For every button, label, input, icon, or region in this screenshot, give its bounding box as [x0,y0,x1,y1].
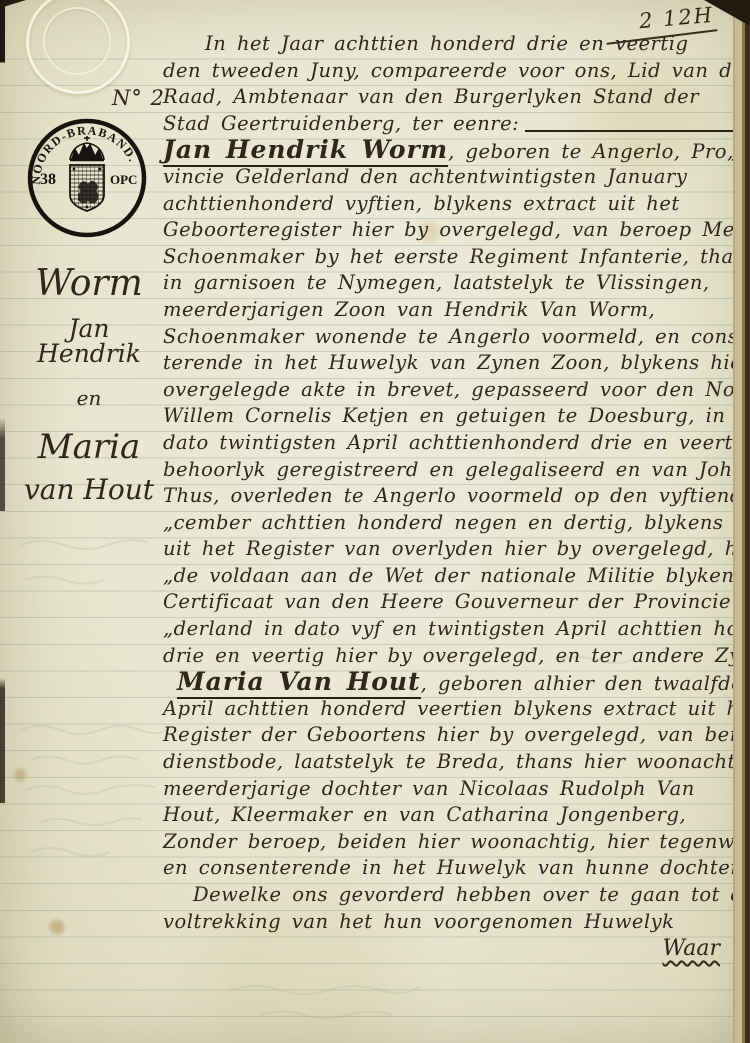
manuscript-line: meerderjarigen Zoon van Hendrik Van Worm… [163,297,742,324]
line-text: uit het Register van overlyden hier by o… [163,537,750,560]
act-number: N° 2 [112,86,165,110]
manuscript-line: Schoenmaker by het eerste Regiment Infan… [163,244,742,271]
manuscript-line: Register der Geboortens hier by overgele… [163,722,742,749]
margin-name: van Hout [14,476,164,504]
stamp-crown [70,136,104,160]
manuscript-line: Stad Geertruidenberg, ter eenre: [163,111,742,138]
line-text: voltrekking van het hun voorgenomen Huwe… [163,910,675,933]
line-text: „cember achttien honderd negen en dertig… [163,511,750,534]
embossed-seal [26,0,130,94]
line-text: Willem Cornelis Ketjen en getuigen te Do… [163,404,725,427]
page-corner-top-left [0,0,26,8]
manuscript-line: Thus, overleden te Angerlo voormeld op d… [163,483,742,510]
manuscript-line: Willem Cornelis Ketjen en getuigen te Do… [163,403,742,430]
line-text: Hout, Kleermaker en van Catharina Jongen… [163,803,686,826]
line-text: April achttien honderd veertien blykens … [163,697,750,720]
line-text: Register der Geboortens hier by overgele… [163,723,750,746]
manuscript-line: April achttien honderd veertien blykens … [163,696,742,723]
line-text: , geboren alhier den twaalfden [421,672,750,695]
line-text: drie en veertig hier by overgelegd, en t… [163,644,750,667]
line-text: Geboorteregister hier by overgelegd, van… [163,218,750,241]
manuscript-line: „cember achttien honderd negen en dertig… [163,510,742,537]
line-text: Schoenmaker wonende te Angerlo voormeld,… [163,325,750,348]
line-text: en consenterende in het Huwelyk van hunn… [163,856,745,879]
manuscript-line: Schoenmaker wonende te Angerlo voormeld,… [163,324,742,351]
manuscript-line: Maria Van Hout, geboren alhier den twaal… [163,669,742,696]
party-name: Jan Hendrik Worm [163,135,448,167]
line-text: Dewelke ons gevorderd hebben over te gaa… [193,883,750,906]
line-text: „derland in dato vyf en twintigsten Apri… [163,617,750,640]
line-text: vincie Gelderland den achtentwintigsten … [163,165,687,188]
line-text: overgelegde akte in brevet, gepasseerd v… [163,378,750,401]
manuscript-line: terende in het Huwelyk van Zynen Zoon, b… [163,350,742,377]
margin-name: en [14,388,164,408]
manuscript-line: en consenterende in het Huwelyk van hunn… [163,855,742,882]
line-text: Stad Geertruidenberg, ter eenre: [163,111,519,138]
manuscript-line: Dewelke ons gevorderd hebben over te gaa… [163,882,742,909]
line-text: , geboren te Angerlo, Pro„ [448,140,737,163]
manuscript-line: Certificaat van den Heere Gouverneur der… [163,589,742,616]
manuscript-line: meerderjarige dochter van Nicolaas Rudol… [163,776,742,803]
manuscript-line: dato twintigsten April achttienhonderd d… [163,430,742,457]
corner-annotation: 2 12H [638,3,715,33]
margin-name: Jan Hendrik [14,316,164,366]
manuscript-line: voltrekking van het hun voorgenomen Huwe… [163,909,742,936]
manuscript-line: Zonder beroep, beiden hier woonachtig, h… [163,829,742,856]
stamp-left-value: 38 [40,171,56,188]
manuscript-line: uit het Register van overlyden hier by o… [163,536,742,563]
manuscript-line: Raad, Ambtenaar van den Burgerlyken Stan… [163,84,742,111]
catchword: Waar [663,936,720,961]
page-edge-right [733,0,750,1043]
line-text: „de voldaan aan de Wet der nationale Mil… [163,564,745,587]
manuscript-line: Jan Hendrik Worm, geboren te Angerlo, Pr… [163,137,742,164]
manuscript-line: dienstbode, laatstelyk te Breda, thans h… [163,749,742,776]
margin-party-names: WormJan HendrikenMariavan Hout [14,266,164,518]
stamp-coat-of-arms [70,165,104,211]
manuscript-line: „derland in dato vyf en twintigsten Apri… [163,616,742,643]
manuscript-line: „de voldaan aan de Wet der nationale Mil… [163,563,742,590]
manuscript-line: achttienhonderd vyftien, blykens extract… [163,191,742,218]
embossed-seal-inner-ring [43,7,111,75]
line-text: dato twintigsten April achttienhonderd d… [163,431,750,454]
line-text: behoorlyk geregistreerd en gelegaliseerd… [163,458,750,481]
line-text: Schoenmaker by het eerste Regiment Infan… [163,245,750,268]
margin-name: Maria [14,430,164,464]
manuscript-line: In het Jaar achttien honderd drie en vee… [163,31,742,58]
line-text: Certificaat van den Heere Gouverneur der… [163,590,750,613]
line-text: Thus, overleden te Angerlo voormeld op d… [163,484,750,507]
margin-name: Worm [14,266,164,302]
line-text: In het Jaar achttien honderd drie en vee… [205,32,688,55]
line-text: dienstbode, laatstelyk te Breda, thans h… [163,750,750,773]
manuscript-line: den tweeden Juny, compareerde voor ons, … [163,58,742,85]
line-text: in garnisoen te Nymegen, laatstelyk te V… [163,271,710,294]
stamp-right-value: OPC [110,172,137,187]
line-text: achttienhonderd vyftien, blykens extract… [163,192,680,215]
page-edge-left [0,0,5,1043]
scanned-document-page: NOORD-BRABAND. 38 OPC 2 12H N° 2 WormJan… [0,0,750,1043]
line-text: meerderjarigen Zoon van Hendrik Van Worm… [163,298,655,321]
manuscript-line: Geboorteregister hier by overgelegd, van… [163,217,742,244]
line-text: meerderjarige dochter van Nicolaas Rudol… [163,777,695,800]
manuscript-line: Hout, Kleermaker en van Catharina Jongen… [163,802,742,829]
manuscript-body: In het Jaar achttien honderd drie en vee… [163,31,742,935]
line-text: den tweeden Juny, compareerde voor ons, … [163,59,750,82]
line-text: Zonder beroep, beiden hier woonachtig, h… [163,830,750,853]
manuscript-line: vincie Gelderland den achtentwintigsten … [163,164,742,191]
line-text: terende in het Huwelyk van Zynen Zoon, b… [163,351,750,374]
manuscript-line: in garnisoen te Nymegen, laatstelyk te V… [163,270,742,297]
manuscript-line: overgelegde akte in brevet, gepasseerd v… [163,377,742,404]
manuscript-line: behoorlyk geregistreerd en gelegaliseerd… [163,457,742,484]
party-name: Maria Van Hout [177,667,421,699]
ink-rule [525,130,738,132]
revenue-stamp: NOORD-BRABAND. 38 OPC [26,117,148,239]
line-text: Raad, Ambtenaar van den Burgerlyken Stan… [163,85,699,108]
manuscript-line: drie en veertig hier by overgelegd, en t… [163,643,742,670]
